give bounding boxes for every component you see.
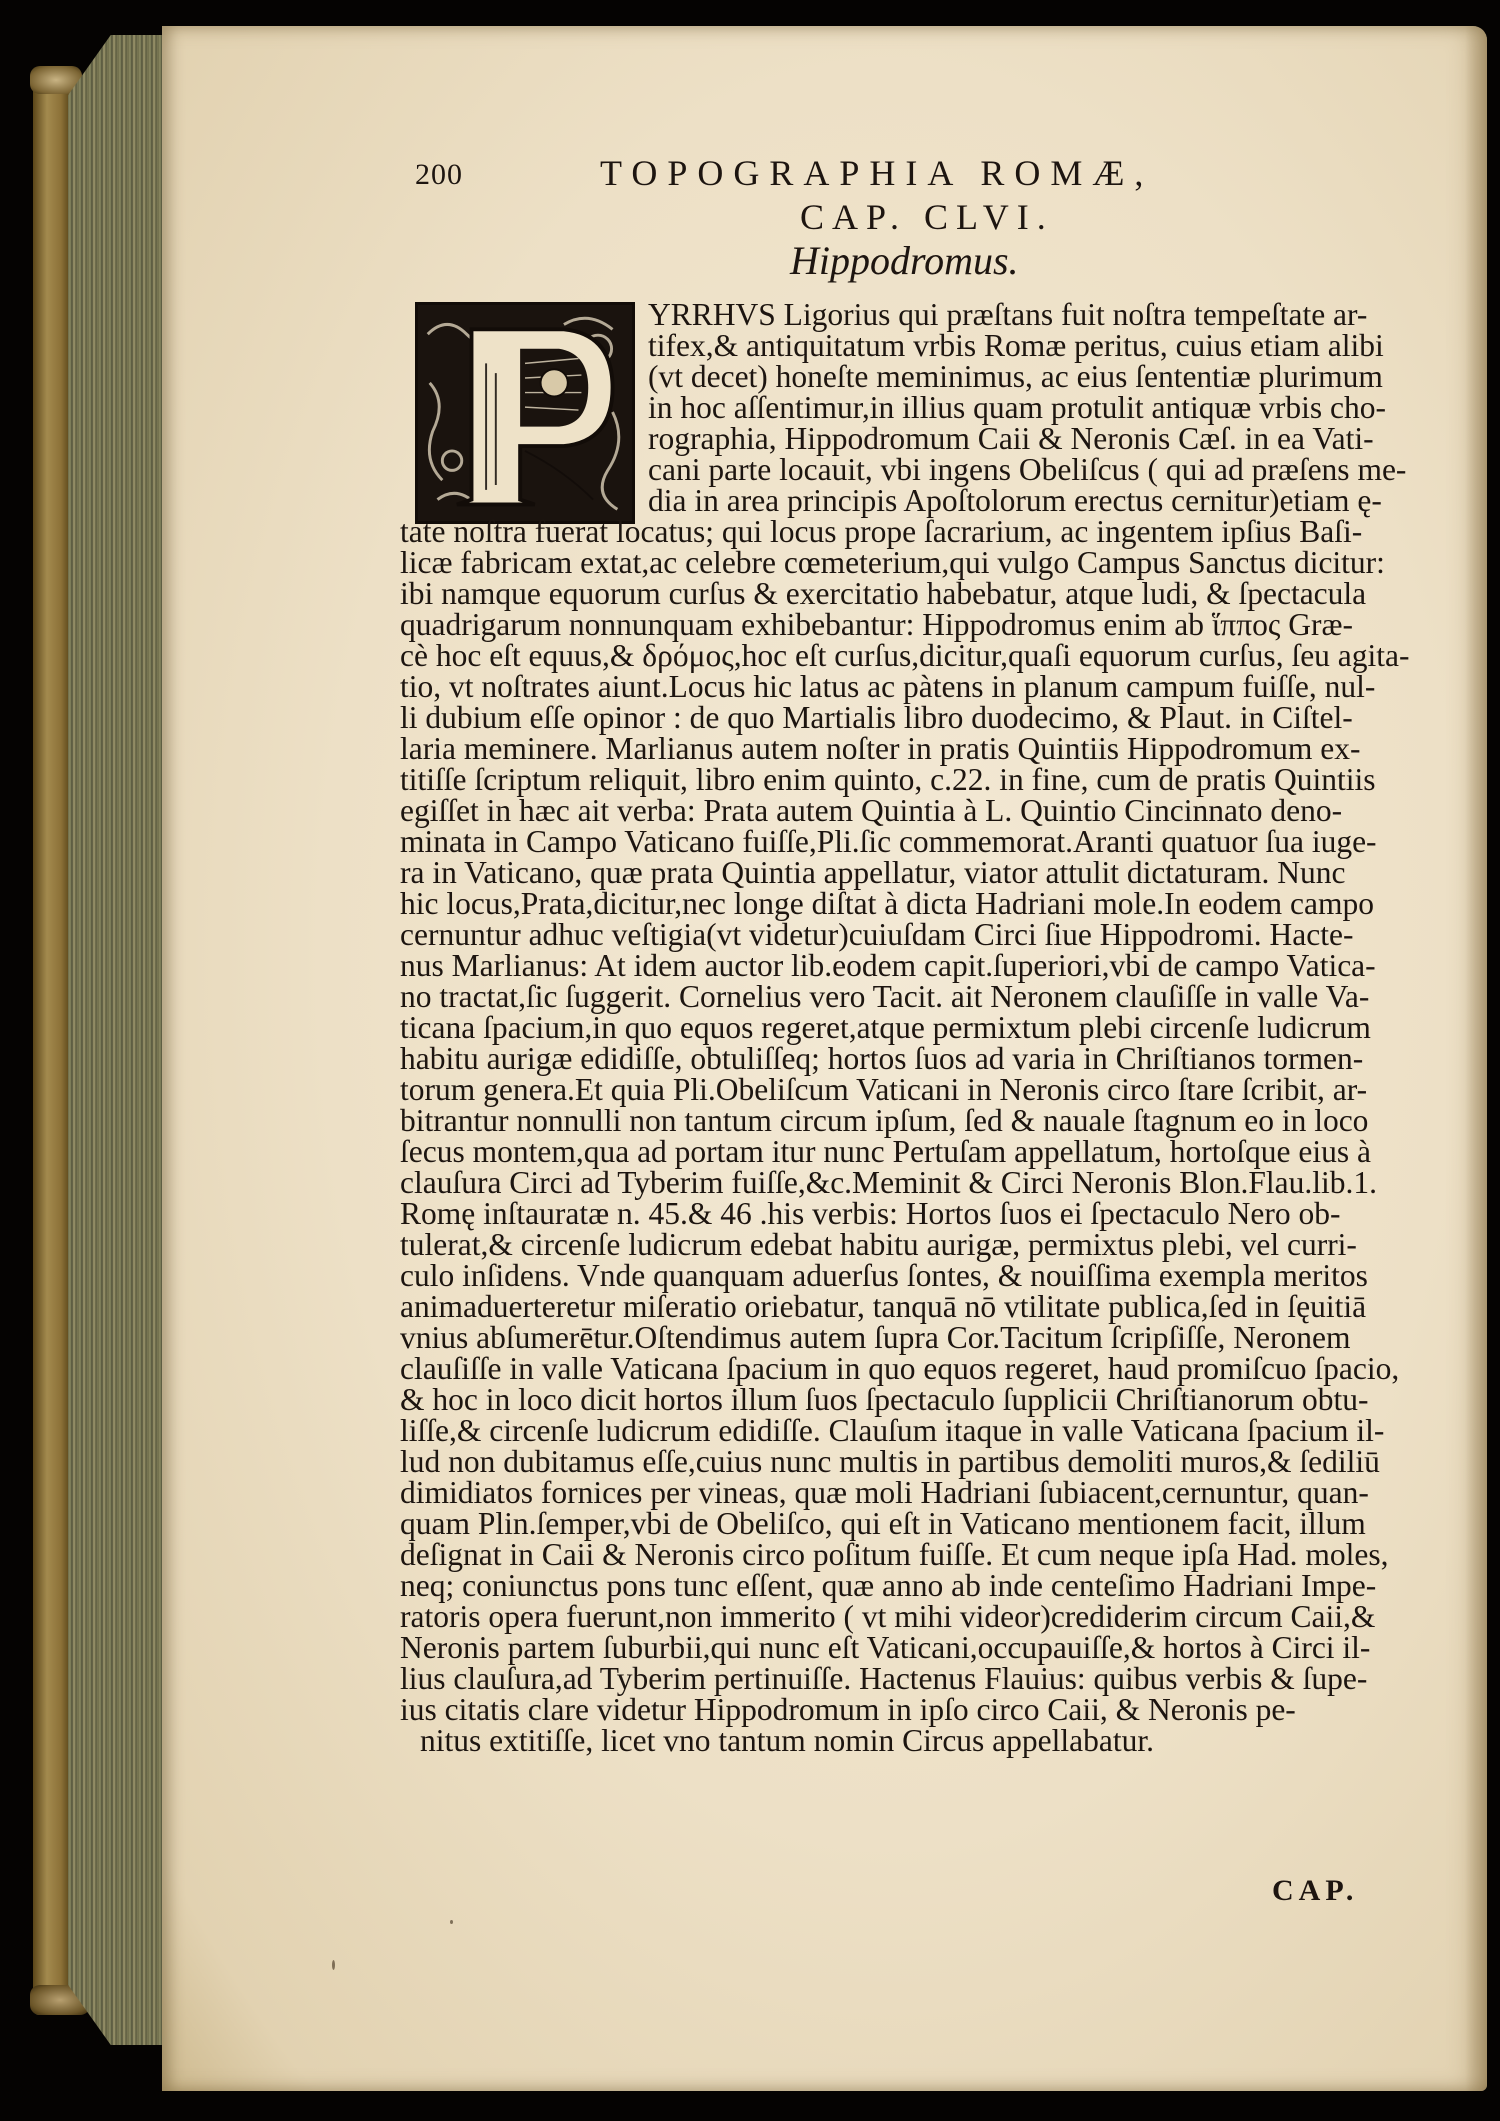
text-line: minata in Campo Vaticano fuiſſe,Pli.ſic … [400,827,1377,858]
text-line: licæ fabricam extat,ac celebre cœmeteriu… [400,548,1385,579]
text-line: ratoris opera fuerunt,non immerito ( vt … [400,1602,1375,1633]
text-line: clauſiſſe in valle Vaticana ſpacium in q… [400,1354,1399,1385]
text-line: liſſe,& circenſe ludicrum edidiſſe. Clau… [400,1416,1384,1447]
text-line: ſecus montem,qua ad portam itur nunc Per… [400,1137,1371,1168]
text-line: cernuntur adhuc veſtigia(vt videtur)cuiu… [400,920,1353,951]
text-line: rographia, Hippodromum Caii & Neronis Cæ… [648,424,1374,455]
text-line: egiſſet in hæc ait verba: Prata autem Qu… [400,796,1342,827]
text-line: lius clauſura,ad Tyberim pertinuiſſe. Ha… [400,1664,1367,1695]
text-line: in hoc aſſentimur,in illius quam protuli… [648,393,1386,424]
text-line: tate noſtra fuerat locatus; qui locus pr… [400,517,1362,548]
text-line: ticana ſpacium,in quo equos regeret,atqu… [400,1013,1371,1044]
text-line: ius citatis clare videtur Hippodromum in… [400,1695,1296,1726]
text-line: no tractat,ſic ſuggerit. Cornelius vero … [400,982,1369,1013]
text-line: cani parte locauit, vbi ingens Obeliſcus… [648,455,1406,486]
text-line: titiſſe ſcriptum reliquit, libro enim qu… [400,765,1375,796]
text-line: ra in Vaticano, quæ prata Quintia appell… [400,858,1346,889]
text-line: nitus extitiſſe, licet vno tantum nomin … [420,1726,1154,1757]
text-line: laria meminere. Marlianus autem noſter i… [400,734,1361,765]
text-line: tulerat,& circenſe ludicrum edebat habit… [400,1230,1357,1261]
text-line: lud non dubitamus eſſe,cuius nunc multis… [400,1447,1380,1478]
text-line: culo inſidens. Vnde quanquam aduerſus ſo… [400,1261,1368,1292]
text-line: clauſura Circi ad Tyberim fuiſſe,&c.Memi… [400,1168,1377,1199]
text-line: bitrantur nonnulli non tantum circum ipſ… [400,1106,1368,1137]
catchword: CAP. [1272,1874,1358,1908]
text-line: dimidiatos fornices per vineas, quæ moli… [400,1478,1369,1509]
text-line: deſignat in Caii & Neronis circo poſitum… [400,1540,1389,1571]
text-line: Neronis partem ſuburbii,qui nunc eſt Vat… [400,1633,1370,1664]
paper-speck [332,1960,335,1970]
text-line: (vt decet) honeſte meminimus, ac eius ſe… [648,362,1383,393]
text-line: hic locus,Prata,dicitur,nec longe diſtat… [400,889,1374,920]
text-line: torum genera.Et quia Pli.Obeliſcum Vatic… [400,1075,1367,1106]
text-line: vnius abſumerētur.Oſtendimus autem ſupra… [400,1323,1350,1354]
text-line: quam Plin.ſemper,vbi de Obeliſco, qui eſ… [400,1509,1366,1540]
text-line: YRRHVS Ligorius qui præſtans fuit noſtra… [648,300,1367,331]
text-line: ibi namque equorum curſus & exercitatio … [400,579,1366,610]
text-line: habitu aurigæ edidiſſe, obtuliſſeq; hort… [400,1044,1363,1075]
text-line: tio, vt noſtrates aiunt.Locus hic latus … [400,672,1375,703]
text-line: Romę inſtauratæ n. 45.& 46 .his verbis: … [400,1199,1340,1230]
text-line: quadrigarum nonnunquam exhibebantur: Hip… [400,610,1353,641]
text-line: li dubium eſſe opinor : de quo Martialis… [400,703,1353,734]
text-line: & hoc in loco dicit hortos illum ſuos ſp… [400,1385,1369,1416]
text-line: cè hoc eſt equus,& δρόμος,hoc eſt curſus… [400,641,1410,672]
text-line: dia in area principis Apoſtolorum erectu… [648,486,1382,517]
text-line: neq; coniunctus pons tunc eſſent, quæ an… [400,1571,1376,1602]
paper-speck [450,1920,453,1924]
text-line: tifex,& antiquitatum vrbis Romæ peritus,… [648,331,1384,362]
body-text: YRRHVS Ligorius qui præſtans fuit noſtra… [0,0,1500,2121]
text-line: animaduerteretur miſeratio oriebatur, ta… [400,1292,1366,1323]
text-line: nus Marlianus: At idem auctor lib.eodem … [400,951,1376,982]
